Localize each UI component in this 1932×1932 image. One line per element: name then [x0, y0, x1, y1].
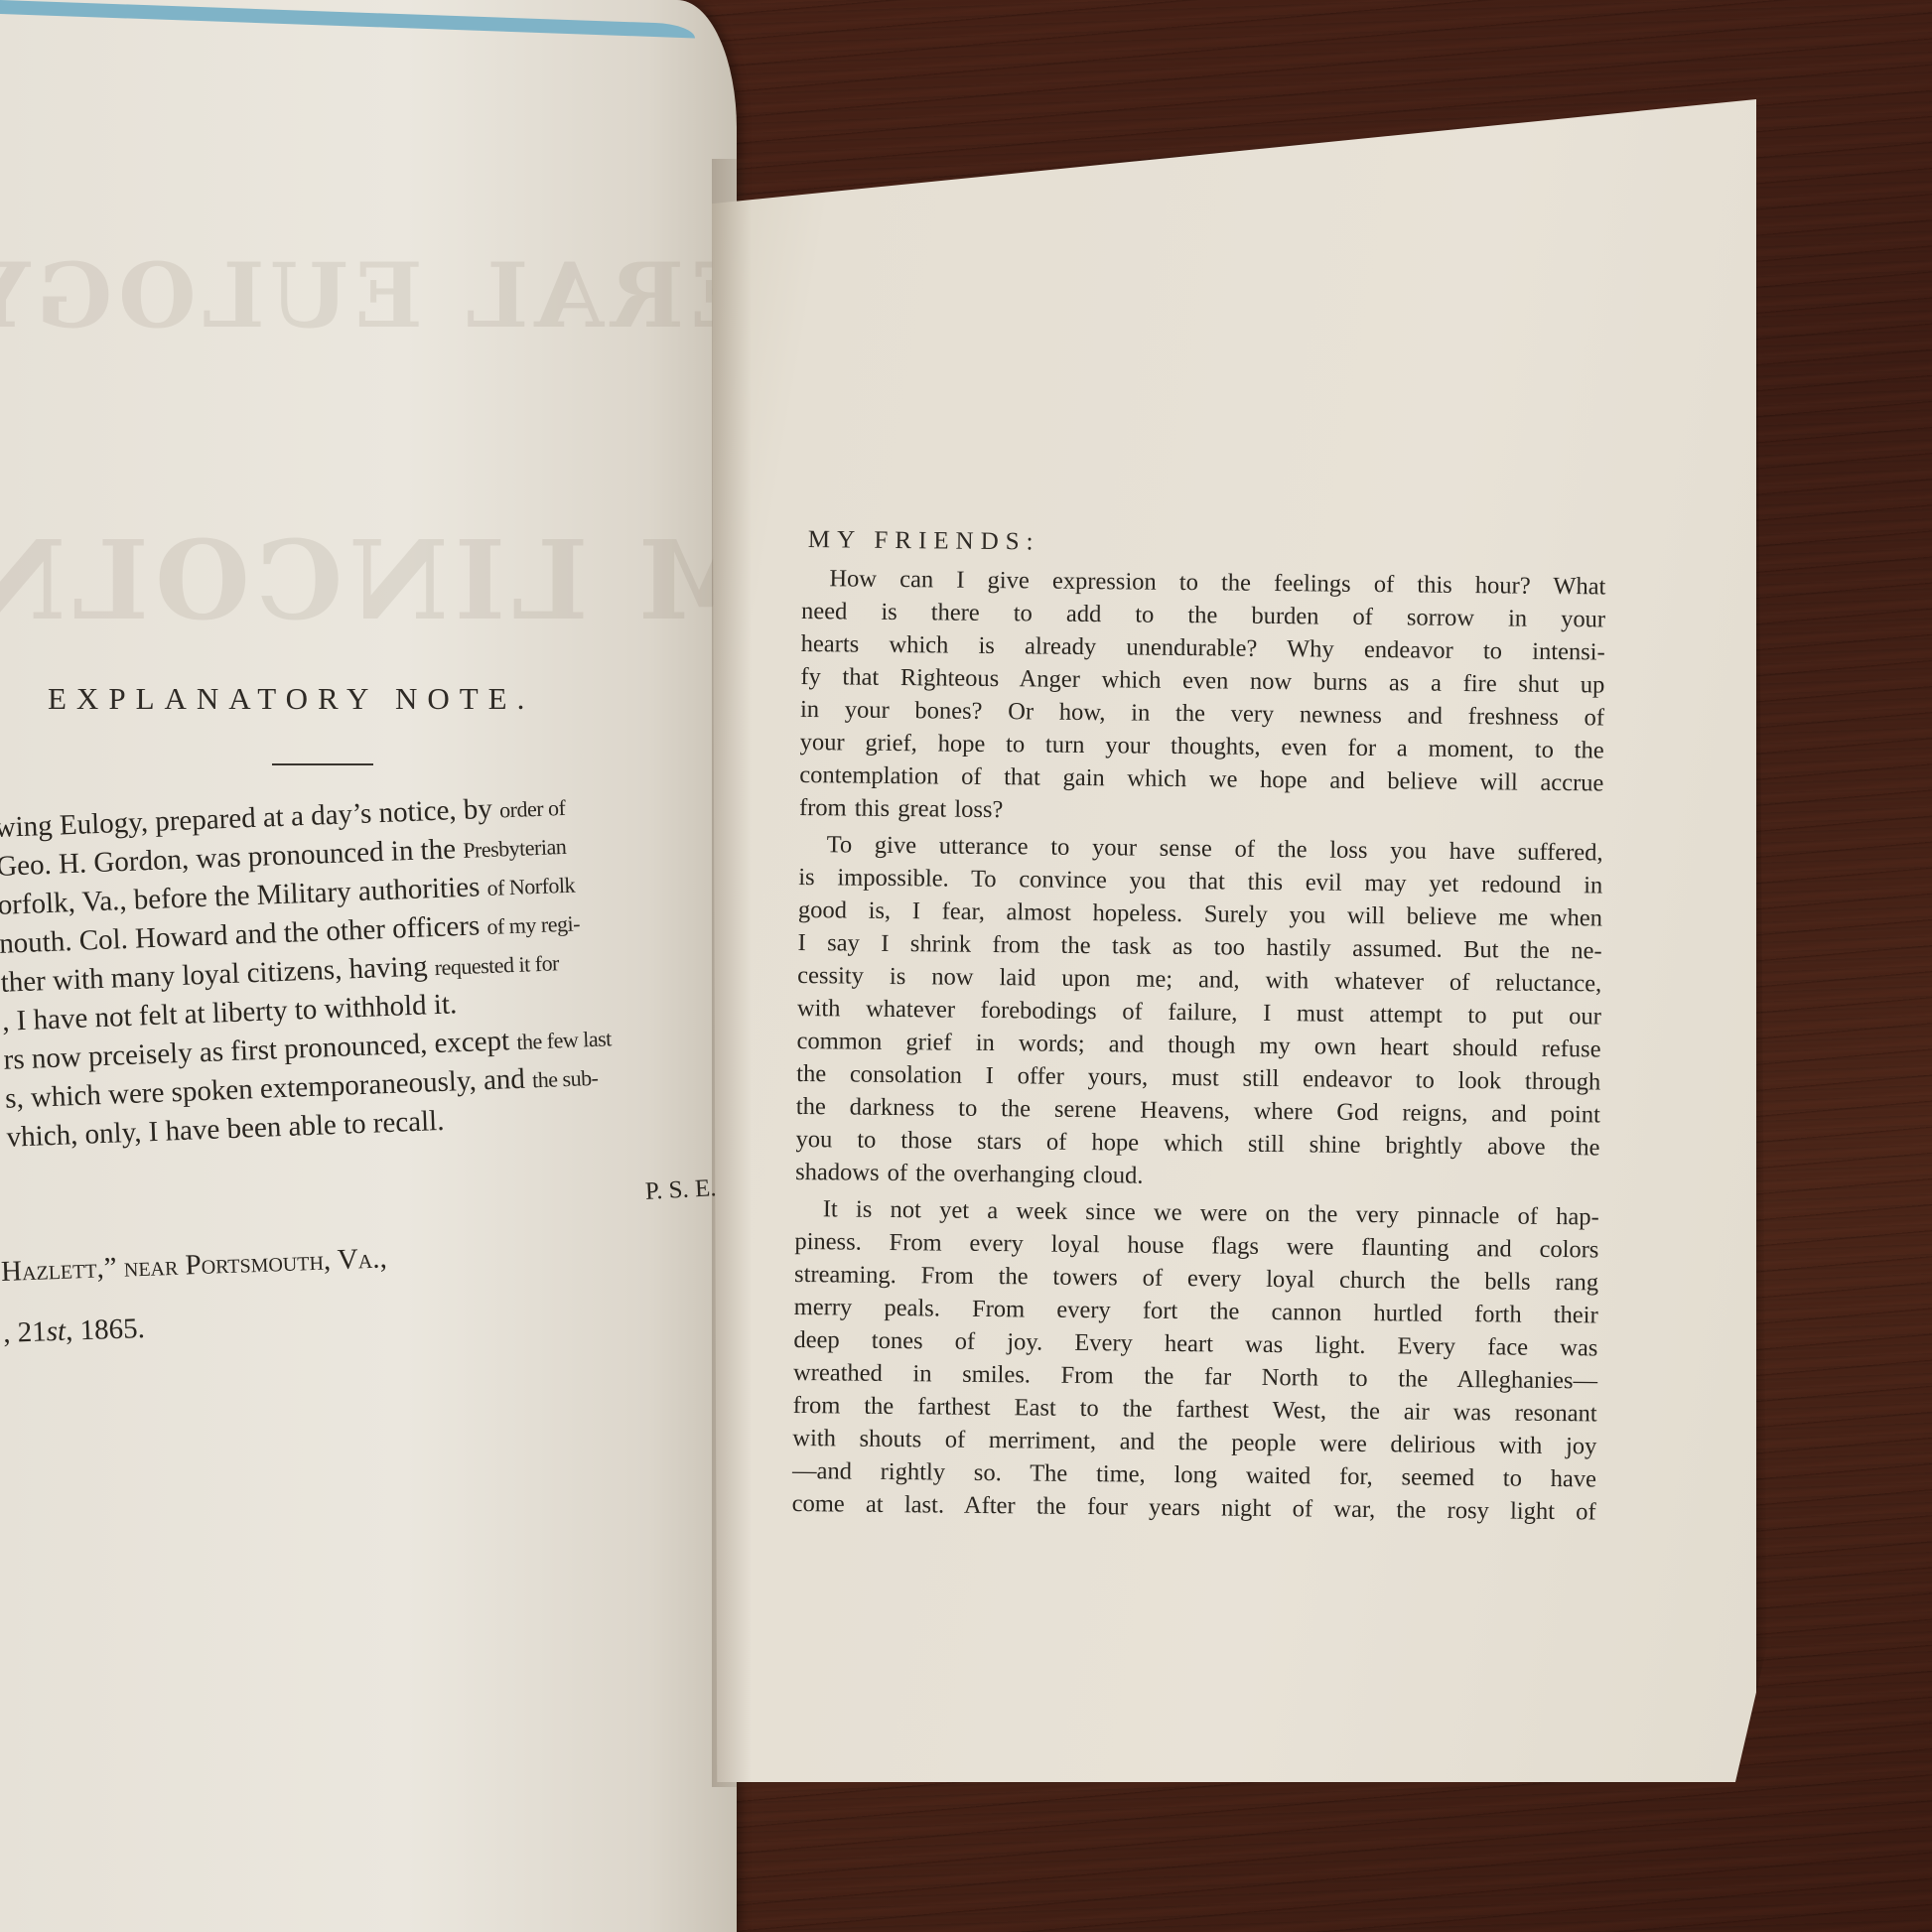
- note-line-small: order of: [499, 795, 566, 823]
- dateline-date: , 21st, 1865.: [2, 1289, 390, 1364]
- note-line-small: the sub-: [532, 1065, 599, 1093]
- dateline-year: , 1865.: [65, 1312, 145, 1347]
- left-page: FUNERAL EULOGY ABRAHAM LINCOLN EXPLANATO…: [0, 0, 737, 1932]
- note-line-small: the few last: [516, 1026, 612, 1054]
- dateline-city: Portsmouth, Va.,: [185, 1242, 387, 1281]
- note-line-small: of Norfolk: [486, 873, 575, 900]
- dateline-estate: Hazlett,”: [1, 1252, 125, 1288]
- heading-rule: [272, 763, 373, 765]
- note-line-small: of my regi-: [486, 910, 580, 939]
- text-line: come at last. After the four years night…: [792, 1487, 1596, 1528]
- paragraph-3: It is not yet a week since we were on th…: [792, 1192, 1599, 1528]
- bleed-through-subtitle: ABRAHAM LINCOLN: [0, 516, 737, 644]
- bleed-through-title: FUNERAL EULOGY: [0, 243, 737, 348]
- blue-cover-edge: [0, 0, 695, 38]
- dateline-ordinal: st: [46, 1315, 66, 1348]
- explanatory-note-body: wing Eulogy, prepared at a day’s notice,…: [0, 781, 737, 1158]
- explanatory-note-heading: EXPLANATORY NOTE.: [48, 681, 534, 717]
- author-initials: P. S. E.: [644, 1174, 717, 1206]
- dateline-near: near: [123, 1250, 186, 1284]
- dateline: Hazlett,” near Portsmouth, Va., , 21st, …: [0, 1227, 390, 1363]
- note-line-small: requested it for: [434, 950, 559, 980]
- paragraph-2: To give utterance to your sense of the l…: [795, 828, 1603, 1196]
- eulogy-text: MY FRIENDS: How can I give expression to…: [791, 526, 1605, 1532]
- note-line-small: Presbyterian: [463, 834, 567, 863]
- dateline-day: , 21: [3, 1315, 48, 1348]
- paragraph-1: How can I give expression to the feeling…: [799, 562, 1606, 832]
